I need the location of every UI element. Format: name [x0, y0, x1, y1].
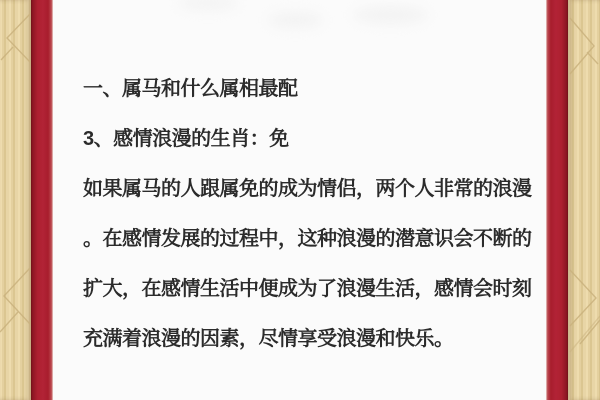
- paragraph-line: 充满着浪漫的因素，尽情享受浪漫和快乐。: [83, 314, 546, 364]
- wood-grain-lines-icon: [0, 0, 31, 400]
- content-area: 一、属马和什么属相最配 3、感情浪漫的生肖：免 如果属马的人跟属免的成为情侣，两…: [53, 0, 546, 400]
- right-wood-border: [568, 0, 600, 400]
- left-wood-border: [0, 0, 31, 400]
- right-red-stripe: [546, 0, 568, 400]
- article-image: 一、属马和什么属相最配 3、感情浪漫的生肖：免 如果属马的人跟属免的成为情侣，两…: [0, 0, 600, 400]
- left-red-stripe: [31, 0, 53, 400]
- heading: 一、属马和什么属相最配: [83, 64, 546, 114]
- watermark-smudge: [178, 0, 238, 10]
- subheading: 3、感情浪漫的生肖：免: [83, 114, 546, 164]
- paragraph-line: 扩大，在感情生活中便成为了浪漫生活，感情会时刻: [83, 264, 546, 314]
- watermark-smudge: [353, 6, 428, 24]
- paragraph-line: 如果属马的人跟属免的成为情侣，两个人非常的浪漫: [83, 164, 546, 214]
- article-text: 一、属马和什么属相最配 3、感情浪漫的生肖：免 如果属马的人跟属免的成为情侣，两…: [83, 64, 546, 364]
- wood-grain-lines-icon: [568, 0, 600, 400]
- paragraph-line: 。在感情发展的过程中，这种浪漫的潜意识会不断的: [83, 214, 546, 264]
- watermark-smudge: [268, 12, 323, 28]
